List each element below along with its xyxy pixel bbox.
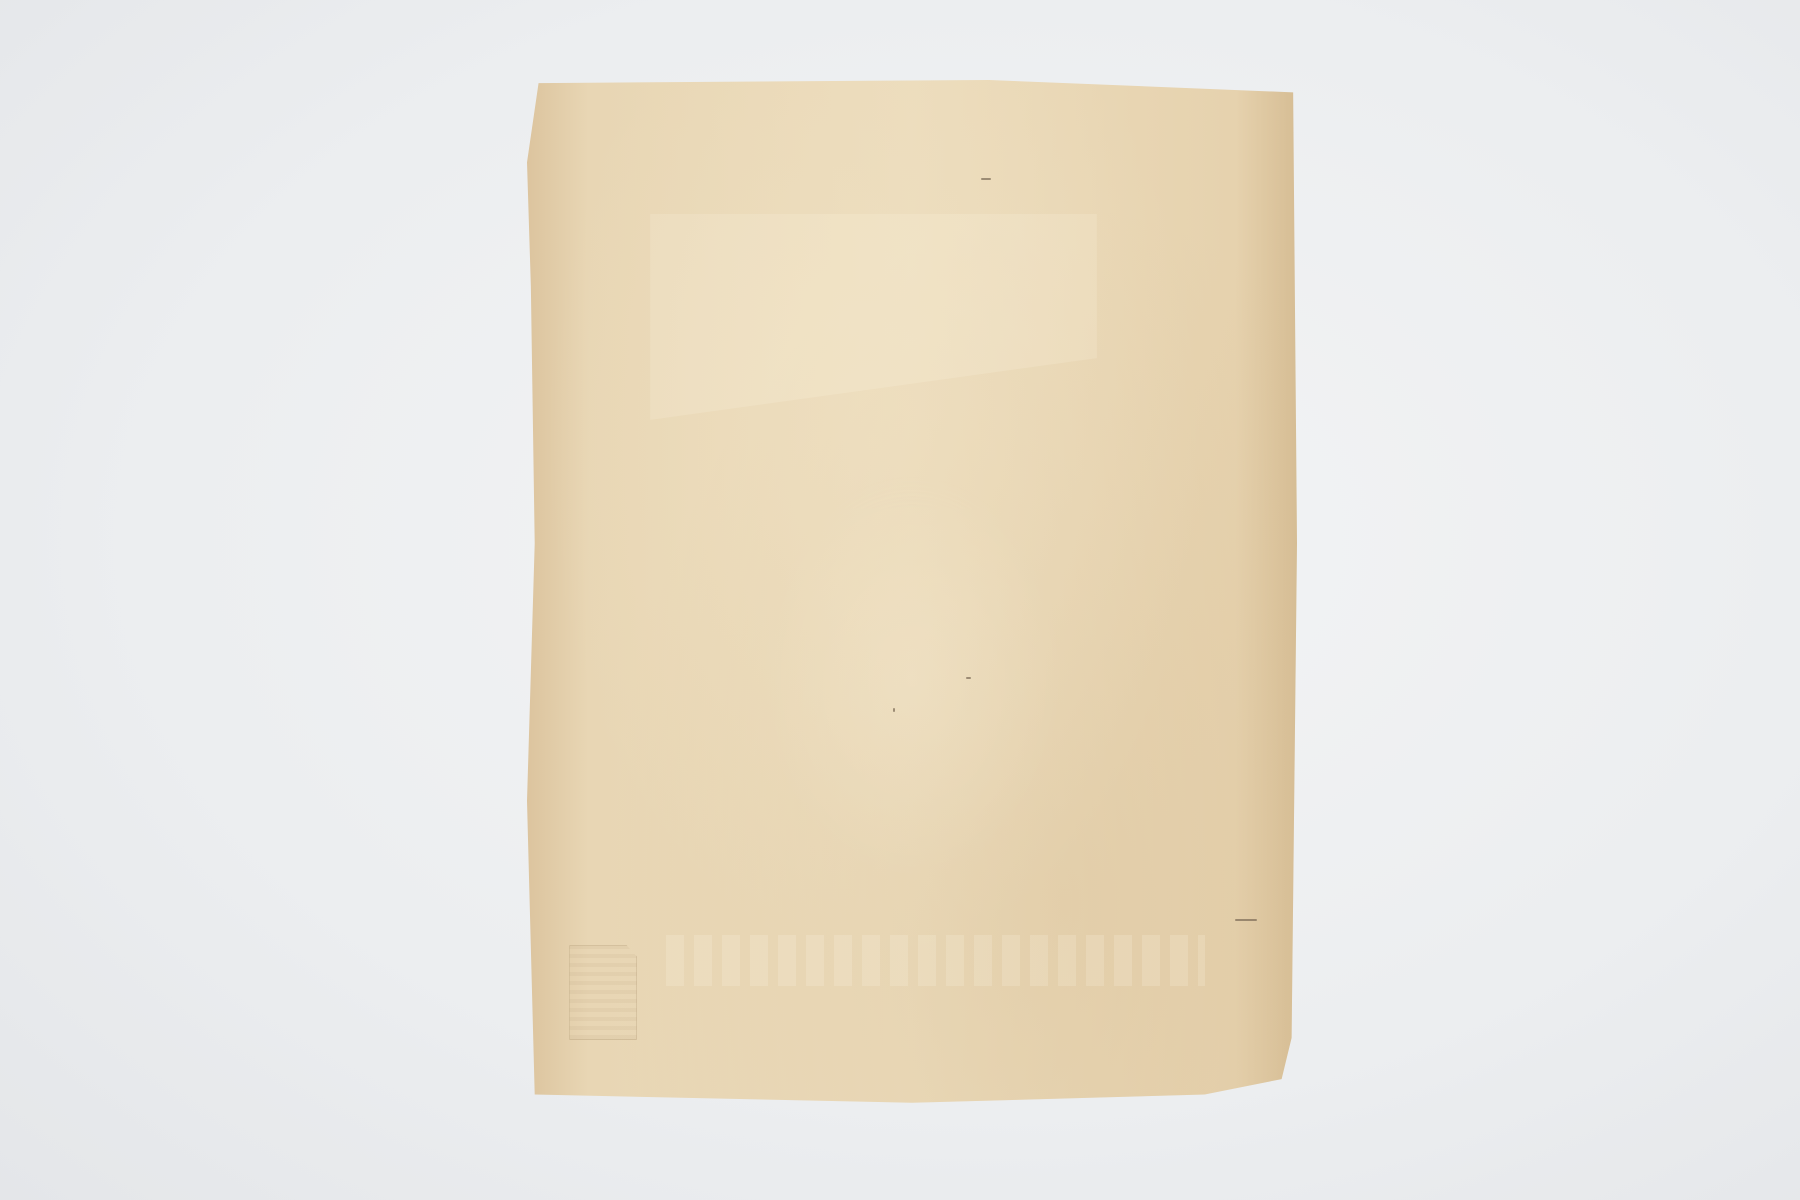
- ink-show-through: [527, 80, 1297, 1110]
- blind-stamp-emboss: [569, 945, 636, 1040]
- speck: [981, 178, 991, 180]
- speck: [893, 708, 895, 712]
- ghost-figure: [758, 471, 1066, 883]
- ghost-bottom-lettering: [666, 935, 1205, 987]
- paper-sheet: [527, 80, 1297, 1110]
- ghost-title-banner: [650, 214, 1097, 420]
